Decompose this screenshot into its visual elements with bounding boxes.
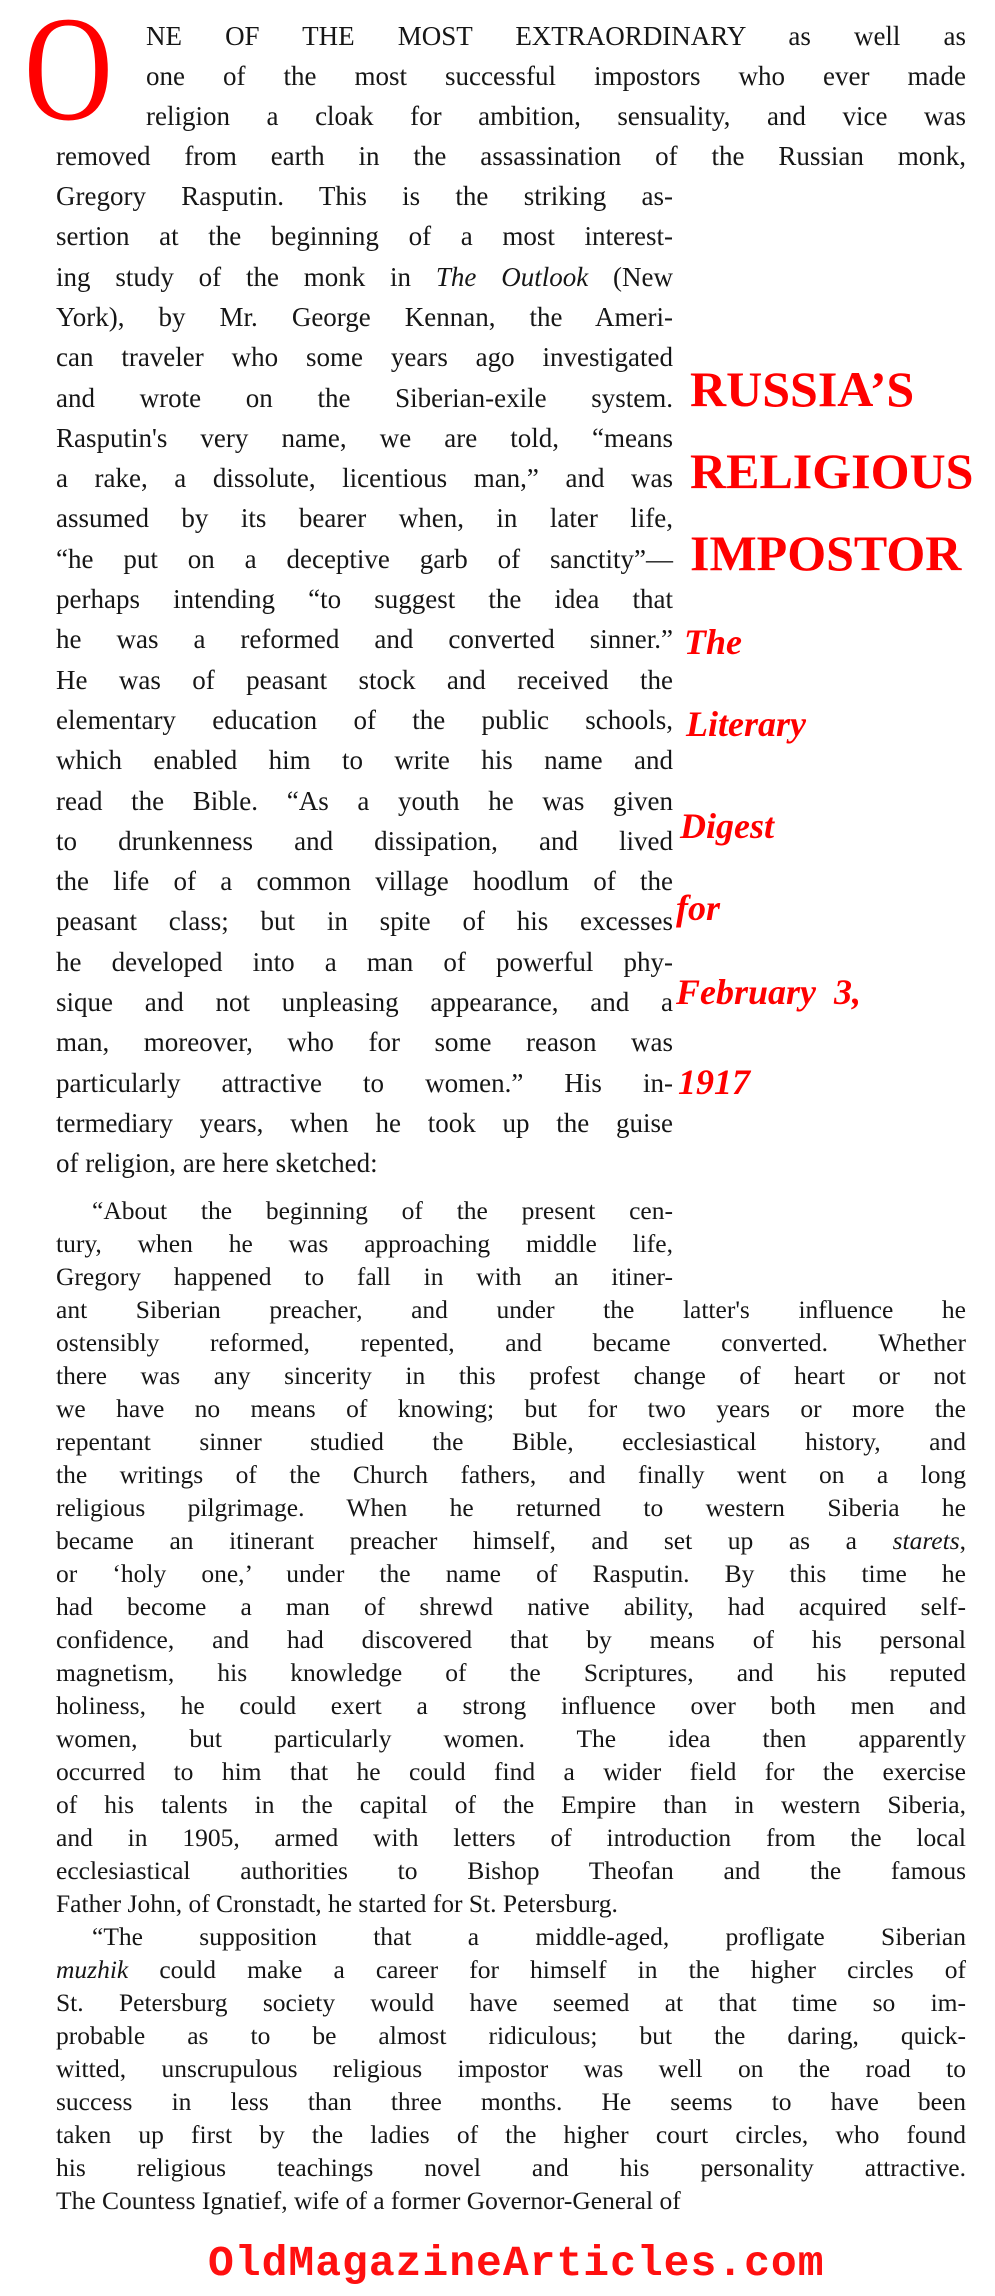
- headline-line-1: RUSSIA’S: [690, 364, 914, 414]
- quote-line: and in 1905, armed with letters of intro…: [56, 1823, 966, 1853]
- quote-line: confidence, and had discovered that by m…: [56, 1625, 966, 1655]
- column-line: he was a reformed and converted sinner.”: [56, 623, 673, 655]
- quote-line: ecclesiastical authorities to Bishop The…: [56, 1856, 966, 1886]
- column-line: a rake, a dissolute, licentious man,” an…: [56, 462, 673, 494]
- quote-line: muzhik could make a career for himself i…: [56, 1955, 966, 1985]
- quote-line: occurred to him that he could find a wid…: [56, 1757, 966, 1787]
- column-line: Gregory Rasputin. This is the striking a…: [56, 180, 673, 212]
- quote-line: had become a man of shrewd native abilit…: [56, 1592, 966, 1622]
- intro-line: removed from earth in the assassination …: [56, 140, 966, 172]
- quote-line: there was any sincerity in this profest …: [56, 1361, 966, 1391]
- watermark: OldMagazineArticles.com: [208, 2240, 825, 2288]
- column-line: elementary education of the public schoo…: [56, 704, 673, 736]
- column-line: particularly attractive to women.” His i…: [56, 1067, 673, 1099]
- column-line: read the Bible. “As a youth he was given: [56, 785, 673, 817]
- source-line-6: 1917: [678, 1062, 750, 1102]
- column-line: and wrote on the Siberian-exile system.: [56, 382, 673, 414]
- quote-line: probable as to be almost ridiculous; but…: [56, 2021, 966, 2051]
- column-line: man, moreover, who for some reason was: [56, 1026, 673, 1058]
- quote-line: witted, unscrupulous religious impostor …: [56, 2054, 966, 2084]
- source-line-3: Digest: [680, 806, 774, 846]
- column-line: sertion at the beginning of a most inter…: [56, 220, 673, 252]
- intro-line: NE OF THE MOST EXTRAORDINARY as well as: [146, 20, 966, 52]
- quote-line: women, but particularly women. The idea …: [56, 1724, 966, 1754]
- headline-line-2: RELIGIOUS: [690, 446, 973, 496]
- headline-line-3: IMPOSTOR: [690, 528, 961, 578]
- column-line: “he put on a deceptive garb of sanctity”…: [56, 543, 673, 575]
- column-line: assumed by its bearer when, in later lif…: [56, 502, 673, 534]
- quote-line: holiness, he could exert a strong influe…: [56, 1691, 966, 1721]
- quote-line: taken up first by the ladies of the high…: [56, 2120, 966, 2150]
- intro-line: one of the most successful impostors who…: [146, 60, 966, 92]
- quote-line: tury, when he was approaching middle lif…: [56, 1229, 673, 1259]
- column-line: can traveler who some years ago investig…: [56, 341, 673, 373]
- column-line: He was of peasant stock and received the: [56, 664, 673, 696]
- quote-line: magnetism, his knowledge of the Scriptur…: [56, 1658, 966, 1688]
- quote-line: Father John, of Cronstadt, he started fo…: [56, 1889, 966, 1919]
- quote-line: became an itinerant preacher himself, an…: [56, 1526, 966, 1556]
- column-line: sique and not unpleasing appearance, and…: [56, 986, 673, 1018]
- quote-line: “About the beginning of the present cen-: [92, 1196, 673, 1226]
- column-line: Rasputin's very name, we are told, “mean…: [56, 422, 673, 454]
- column-line: the life of a common village hoodlum of …: [56, 865, 673, 897]
- column-line: which enabled him to write his name and: [56, 744, 673, 776]
- column-line: of religion, are here sketched:: [56, 1147, 673, 1179]
- quote-line: or ‘holy one,’ under the name of Rasputi…: [56, 1559, 966, 1589]
- quote-line: ant Siberian preacher, and under the lat…: [56, 1295, 966, 1325]
- source-line-5: February 3,: [676, 972, 861, 1012]
- column-line: peasant class; but in spite of his exces…: [56, 905, 673, 937]
- source-line-4: for: [676, 888, 720, 928]
- quote-line: Gregory happened to fall in with an itin…: [56, 1262, 673, 1292]
- intro-line: religion a cloak for ambition, sensualit…: [146, 100, 966, 132]
- column-line: termediary years, when he took up the gu…: [56, 1107, 673, 1139]
- column-line: York), by Mr. George Kennan, the Ameri-: [56, 301, 673, 333]
- quote-line: The Countess Ignatief, wife of a former …: [56, 2186, 966, 2216]
- source-line-1: The: [684, 622, 742, 662]
- quote-line: religious pilgrimage. When he returned t…: [56, 1493, 966, 1523]
- quote-line: “The supposition that a middle-aged, pro…: [92, 1922, 966, 1952]
- column-line: to drunkenness and dissipation, and live…: [56, 825, 673, 857]
- quote-line: the writings of the Church fathers, and …: [56, 1460, 966, 1490]
- quote-line: of his talents in the capital of the Emp…: [56, 1790, 966, 1820]
- quote-line: St. Petersburg society would have seemed…: [56, 1988, 966, 2018]
- column-line: perhaps intending “to suggest the idea t…: [56, 583, 673, 615]
- quote-line: his religious teachings novel and his pe…: [56, 2153, 966, 2183]
- column-line: ing study of the monk in The Outlook (Ne…: [56, 261, 673, 293]
- source-line-2: Literary: [686, 704, 806, 744]
- quote-line: success in less than three months. He se…: [56, 2087, 966, 2117]
- column-line: he developed into a man of powerful phy-: [56, 946, 673, 978]
- drop-cap: O: [24, 4, 113, 134]
- quote-line: we have no means of knowing; but for two…: [56, 1394, 966, 1424]
- quote-line: repentant sinner studied the Bible, eccl…: [56, 1427, 966, 1457]
- quote-line: ostensibly reformed, repented, and becam…: [56, 1328, 966, 1358]
